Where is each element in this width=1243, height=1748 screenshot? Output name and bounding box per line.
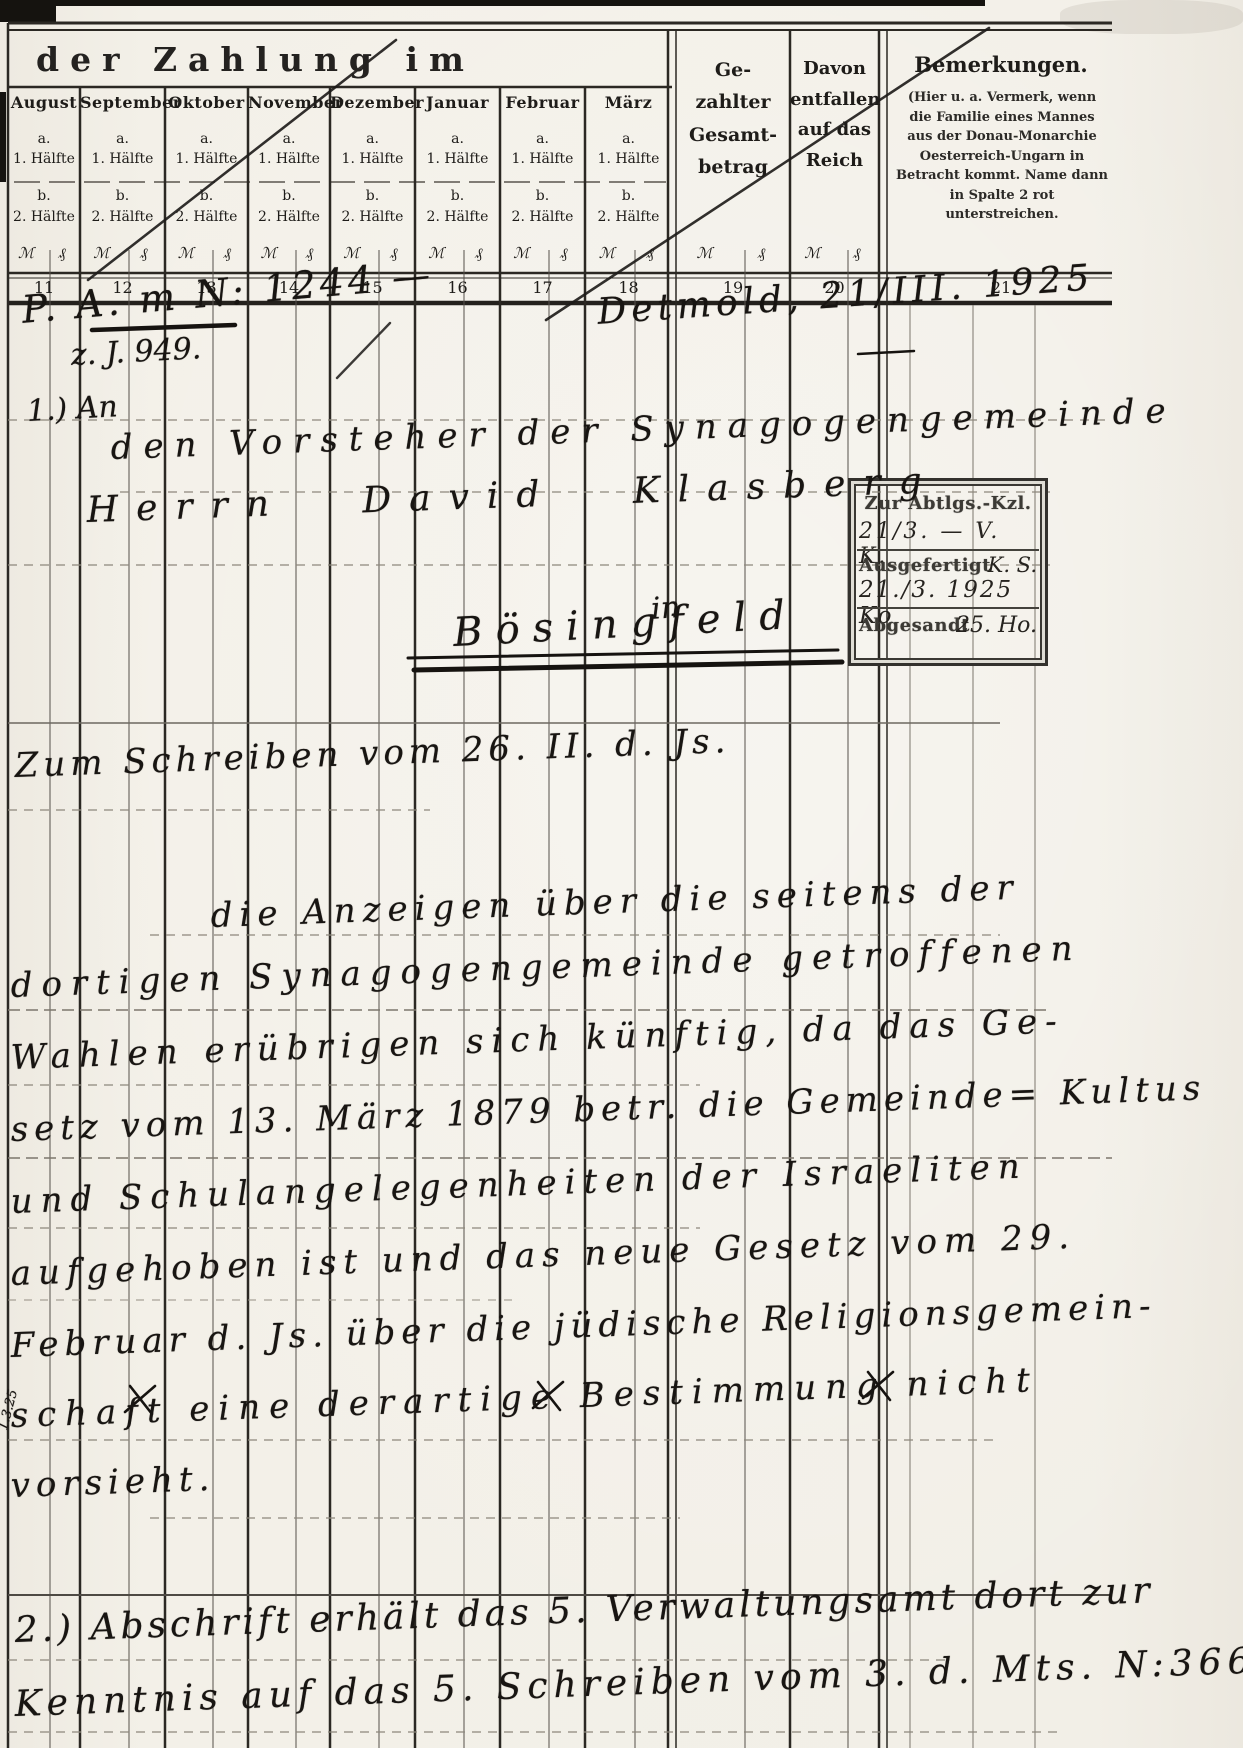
half-b-label: b. [415,188,500,204]
month-column: September a. 1. Hälfte b. 2. Hälfte ℳ ₰ … [80,87,165,303]
half-b-text: 2. Hälfte [585,209,672,225]
stamp-divider [857,607,1039,609]
scanned-ledger-page: der Zahlung im August a. 1. Hälfte b. 2.… [0,0,1243,1748]
month-column: März a. 1. Hälfte b. 2. Hälfte ℳ ₰ 18 [585,87,672,303]
reich-col-line3: auf das [790,115,879,146]
half-a-text: 1. Hälfte [165,151,248,167]
half-a-label: a. [500,131,585,147]
mark-symbol: ℳ [585,244,629,263]
pfennig-symbol: ₰ [458,244,501,263]
month-name: Januar [415,93,500,112]
half-b-text: 2. Hälfte [8,209,80,225]
pfennig-symbol: ₰ [123,244,166,263]
mark-symbol: ℳ [80,244,123,263]
total-col-line4: betrag [676,151,790,183]
half-a-label: a. [585,131,672,147]
half-b-text: 2. Hälfte [415,209,500,225]
month-name: November [248,93,330,112]
mark-symbol: ℳ [248,244,289,263]
office-stamp: Zur Abtlgs.-Kzl. 21/3. — V. K. Ausgefert… [848,478,1048,666]
half-b-text: 2. Hälfte [80,209,165,225]
form-title-fragment: der Zahlung im [36,40,475,79]
month-name: März [585,93,672,112]
month-column: Februar a. 1. Hälfte b. 2. Hälfte ℳ ₰ 17 [500,87,585,303]
mark-symbol: ℳ [165,244,207,263]
total-col-line3: Gesamt- [676,119,790,151]
half-a-text: 1. Hälfte [330,151,415,167]
remarks-title: Bemerkungen. [887,52,1115,77]
half-b-label: b. [330,188,415,204]
column-number: 17 [500,278,585,297]
half-b-text: 2. Hälfte [248,209,330,225]
total-col-line2: zahlter [676,86,790,118]
half-a-label: a. [165,131,248,147]
month-name: Februar [500,93,585,112]
mark-symbol: ℳ [8,244,44,263]
reich-col-line1: Davon [790,54,879,85]
half-a-text: 1. Hälfte [80,151,165,167]
column-total-paid: Ge- zahlter Gesamt- betrag ℳ ₰ 19 [676,30,790,303]
half-b-label: b. [8,188,80,204]
half-b-text: 2. Hälfte [330,209,415,225]
stamp-sent-handwriting: 25. Ho. [859,613,1037,638]
pfennig-symbol: ₰ [733,244,790,263]
stamp-divider [857,549,1039,551]
total-col-line1: Ge- [676,54,790,86]
half-a-text: 1. Hälfte [585,151,672,167]
handwritten-body-line-9: vorsieht. [10,1459,216,1506]
month-name: Oktober [165,93,248,112]
half-a-label: a. [8,131,80,147]
pfennig-symbol: ₰ [207,244,249,263]
half-a-label: a. [330,131,415,147]
half-b-label: b. [165,188,248,204]
half-b-text: 2. Hälfte [500,209,585,225]
half-b-text: 2. Hälfte [165,209,248,225]
half-a-label: a. [415,131,500,147]
month-column: August a. 1. Hälfte b. 2. Hälfte ℳ ₰ 11 [8,87,80,303]
handwritten-item-1: 1.) An [26,389,119,429]
stamp-issued-initials: K. S. [859,553,1037,577]
month-name: September [80,93,165,112]
mark-symbol: ℳ [500,244,543,263]
handwritten-ref-number-2: z. J. 949. [70,331,202,373]
reich-col-line2: entfallen [790,85,879,116]
half-a-text: 1. Hälfte [248,151,330,167]
pfennig-symbol: ₰ [289,244,330,263]
half-b-label: b. [500,188,585,204]
pfennig-symbol: ₰ [835,244,880,263]
half-b-label: b. [248,188,330,204]
half-a-text: 1. Hälfte [8,151,80,167]
half-a-label: a. [80,131,165,147]
reich-col-line4: Reich [790,146,879,177]
pfennig-symbol: ₰ [543,244,586,263]
half-a-text: 1. Hälfte [500,151,585,167]
month-name: August [8,93,80,112]
month-name: Dezember [330,93,415,112]
column-reich-share: Davon entfallen auf das Reich ℳ ₰ 20 [790,30,879,303]
pfennig-symbol: ₰ [629,244,673,263]
mark-symbol: ℳ [676,244,733,263]
half-a-label: a. [248,131,330,147]
remarks-note: (Hier u. a. Vermerk, wenn die Familie ei… [895,88,1109,225]
pfennig-symbol: ₰ [44,244,80,263]
mark-symbol: ℳ [790,244,835,263]
half-b-label: b. [585,188,672,204]
half-a-text: 1. Hälfte [415,151,500,167]
half-b-label: b. [80,188,165,204]
